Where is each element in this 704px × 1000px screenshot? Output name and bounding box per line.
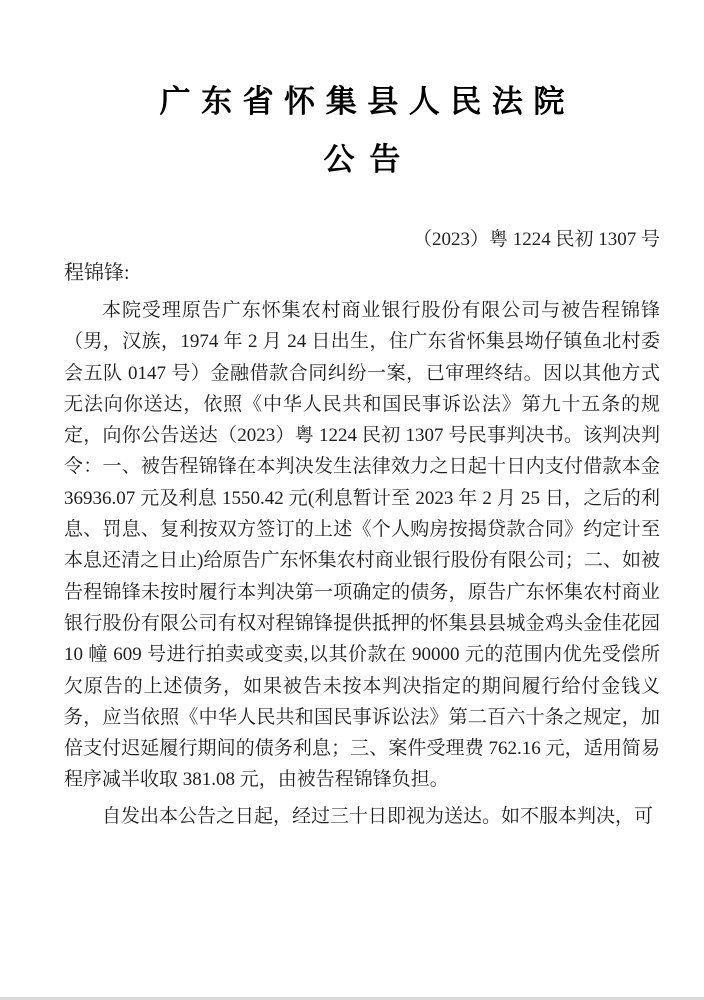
addressee-name: 程锦锋: (64, 259, 660, 287)
announcement-paragraph-judgment: 本院受理原告广东怀集农村商业银行股份有限公司与被告程锦锋（男，汉族，1974 年… (64, 295, 660, 796)
announcement-body: 本院受理原告广东怀集农村商业银行股份有限公司与被告程锦锋（男，汉族，1974 年… (64, 295, 660, 832)
case-number: （2023）粤 1224 民初 1307 号 (64, 228, 660, 252)
document-page: 广东省怀集县人民法院 公告 （2023）粤 1224 民初 1307 号 程锦锋… (0, 0, 704, 1000)
document-content: 广东省怀集县人民法院 公告 （2023）粤 1224 民初 1307 号 程锦锋… (0, 0, 704, 832)
court-name-heading: 广东省怀集县人民法院 (64, 84, 660, 120)
announcement-paragraph-service-notice: 自发出本公告之日起，经过三十日即视为送达。如不服本判决，可 (64, 801, 660, 832)
document-type-heading: 公告 (64, 142, 660, 178)
